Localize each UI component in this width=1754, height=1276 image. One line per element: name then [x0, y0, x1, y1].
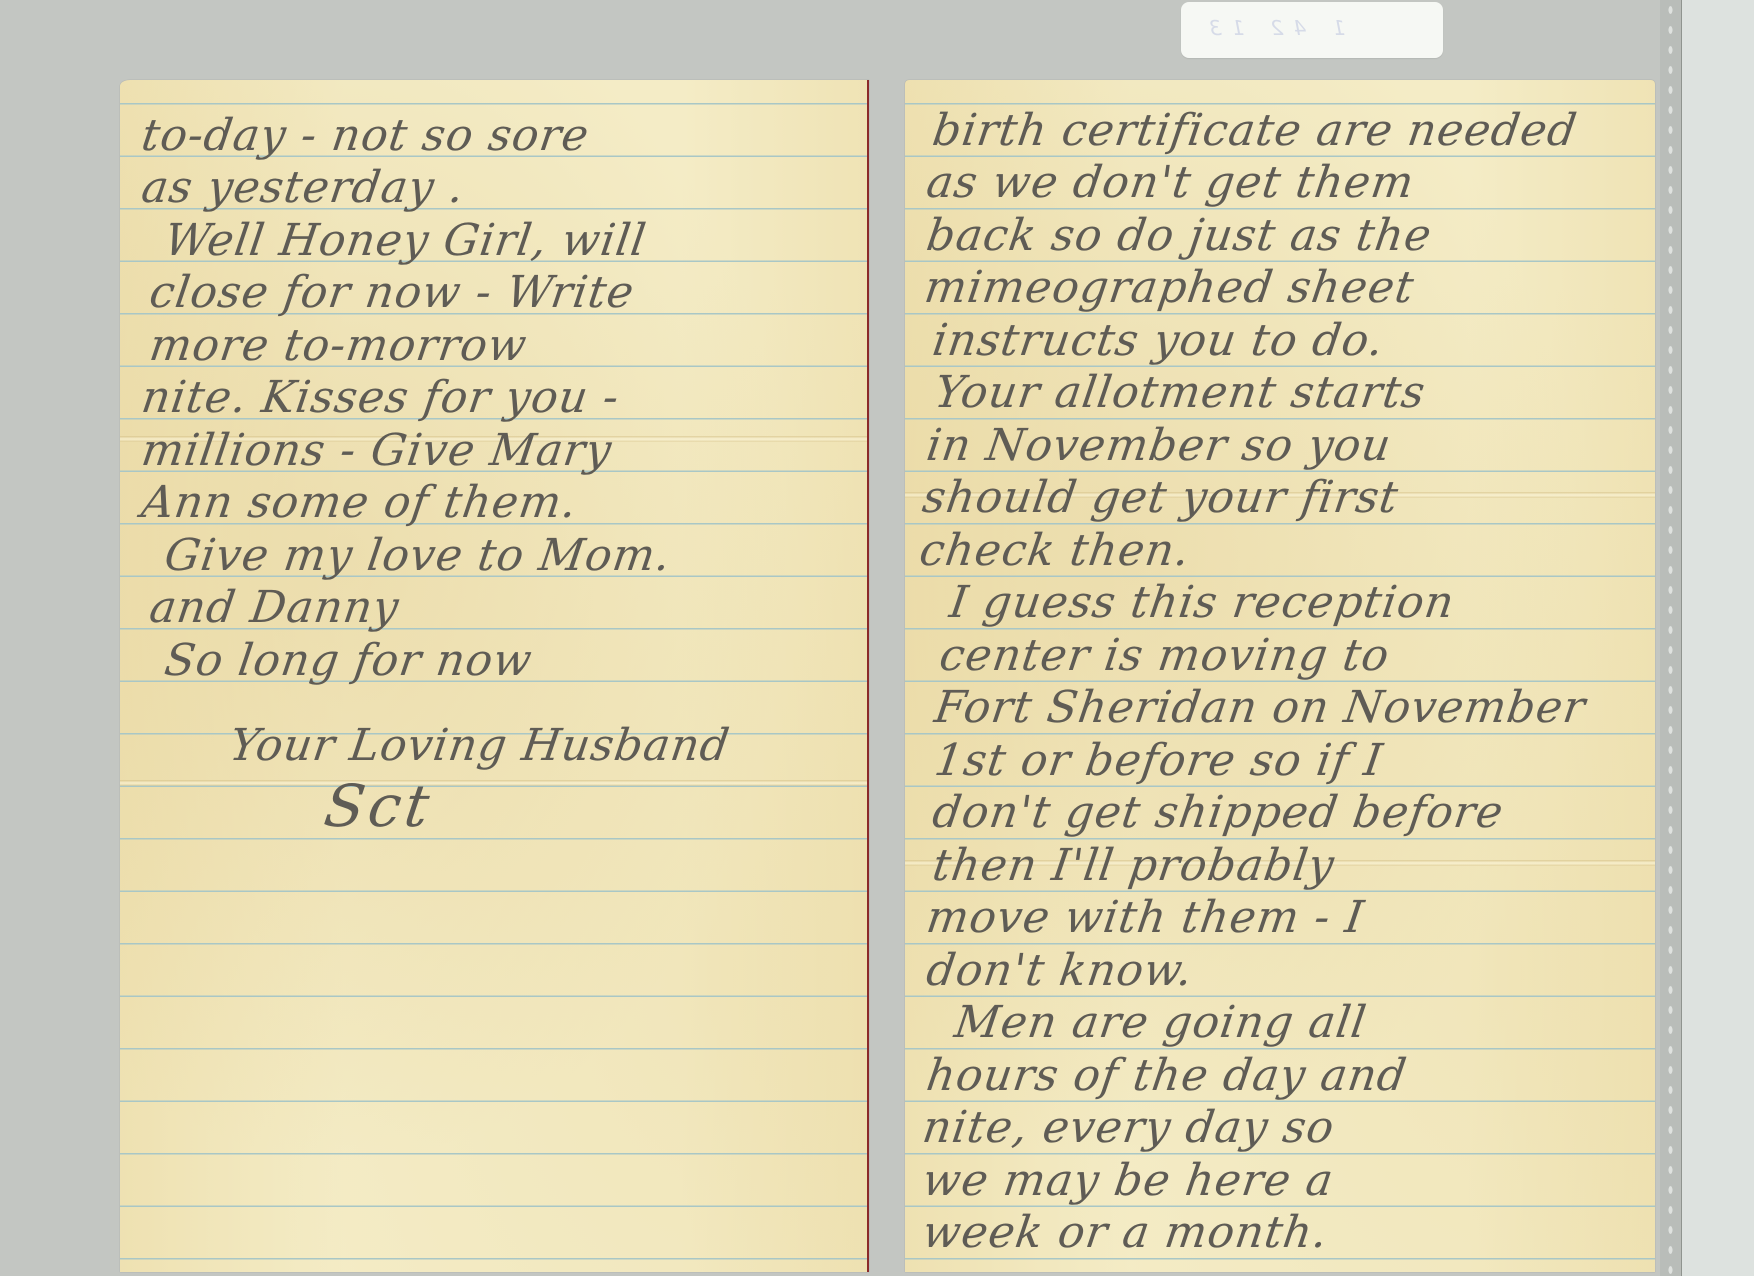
signature: Sct: [321, 780, 436, 832]
sleeve-panel: [1682, 0, 1754, 1276]
text-line: nite, every day so: [919, 1102, 1338, 1154]
fold-line: [120, 780, 867, 786]
text-line: Fort Sheridan on November: [931, 682, 1589, 734]
text-line: don't get shipped before: [929, 787, 1507, 839]
text-line: Give my love to Mom.: [161, 530, 674, 582]
archive-label: 1 42 13: [1181, 2, 1443, 58]
text-line: instructs you to do.: [929, 315, 1387, 367]
text-line: and Danny: [146, 582, 402, 634]
letter-page-right: birth certificate are needed as we don't…: [905, 80, 1655, 1272]
text-line: nite. Kisses for you -: [138, 372, 622, 424]
text-line: millions - Give Mary: [138, 425, 615, 477]
sleeve-perforated-strip: [1660, 0, 1682, 1276]
text-line: I guess this reception: [946, 577, 1458, 629]
text-line: check then.: [916, 525, 1193, 577]
closing-line: Your Loving Husband: [226, 720, 733, 772]
text-line: center is moving to: [936, 630, 1393, 682]
text-line: 1st or before so if I: [931, 735, 1386, 787]
text-line: to-day - not so sore: [138, 110, 592, 162]
text-line: mimeographed sheet: [921, 262, 1417, 314]
text-line: close for now - Write: [146, 267, 637, 319]
text-line: week or a month.: [919, 1207, 1331, 1259]
text-line: more to-morrow: [146, 320, 530, 372]
text-line: hours of the day and: [923, 1050, 1410, 1102]
letter-page-left: to-day - not so sore as yesterday . Well…: [120, 80, 869, 1272]
text-line: then I'll probably: [929, 840, 1337, 892]
text-line: in November so you: [923, 420, 1394, 472]
text-line: move with them - I: [923, 892, 1367, 944]
text-line: as yesterday .: [138, 162, 468, 214]
text-line: Men are going all: [951, 997, 1370, 1049]
text-line: Your allotment starts: [931, 367, 1428, 419]
text-line: So long for now: [161, 635, 535, 687]
text-line: as we don't get them: [923, 157, 1417, 209]
text-line: should get your first: [919, 472, 1402, 524]
text-line: birth certificate are needed: [929, 105, 1580, 157]
text-line: Ann some of them.: [138, 477, 580, 529]
text-line: we may be here a: [919, 1155, 1337, 1207]
text-line: don't know.: [923, 945, 1196, 997]
archive-label-text: 1 42 13: [1199, 16, 1345, 40]
text-line: back so do just as the: [923, 210, 1435, 262]
text-line: Well Honey Girl, will: [161, 215, 649, 267]
